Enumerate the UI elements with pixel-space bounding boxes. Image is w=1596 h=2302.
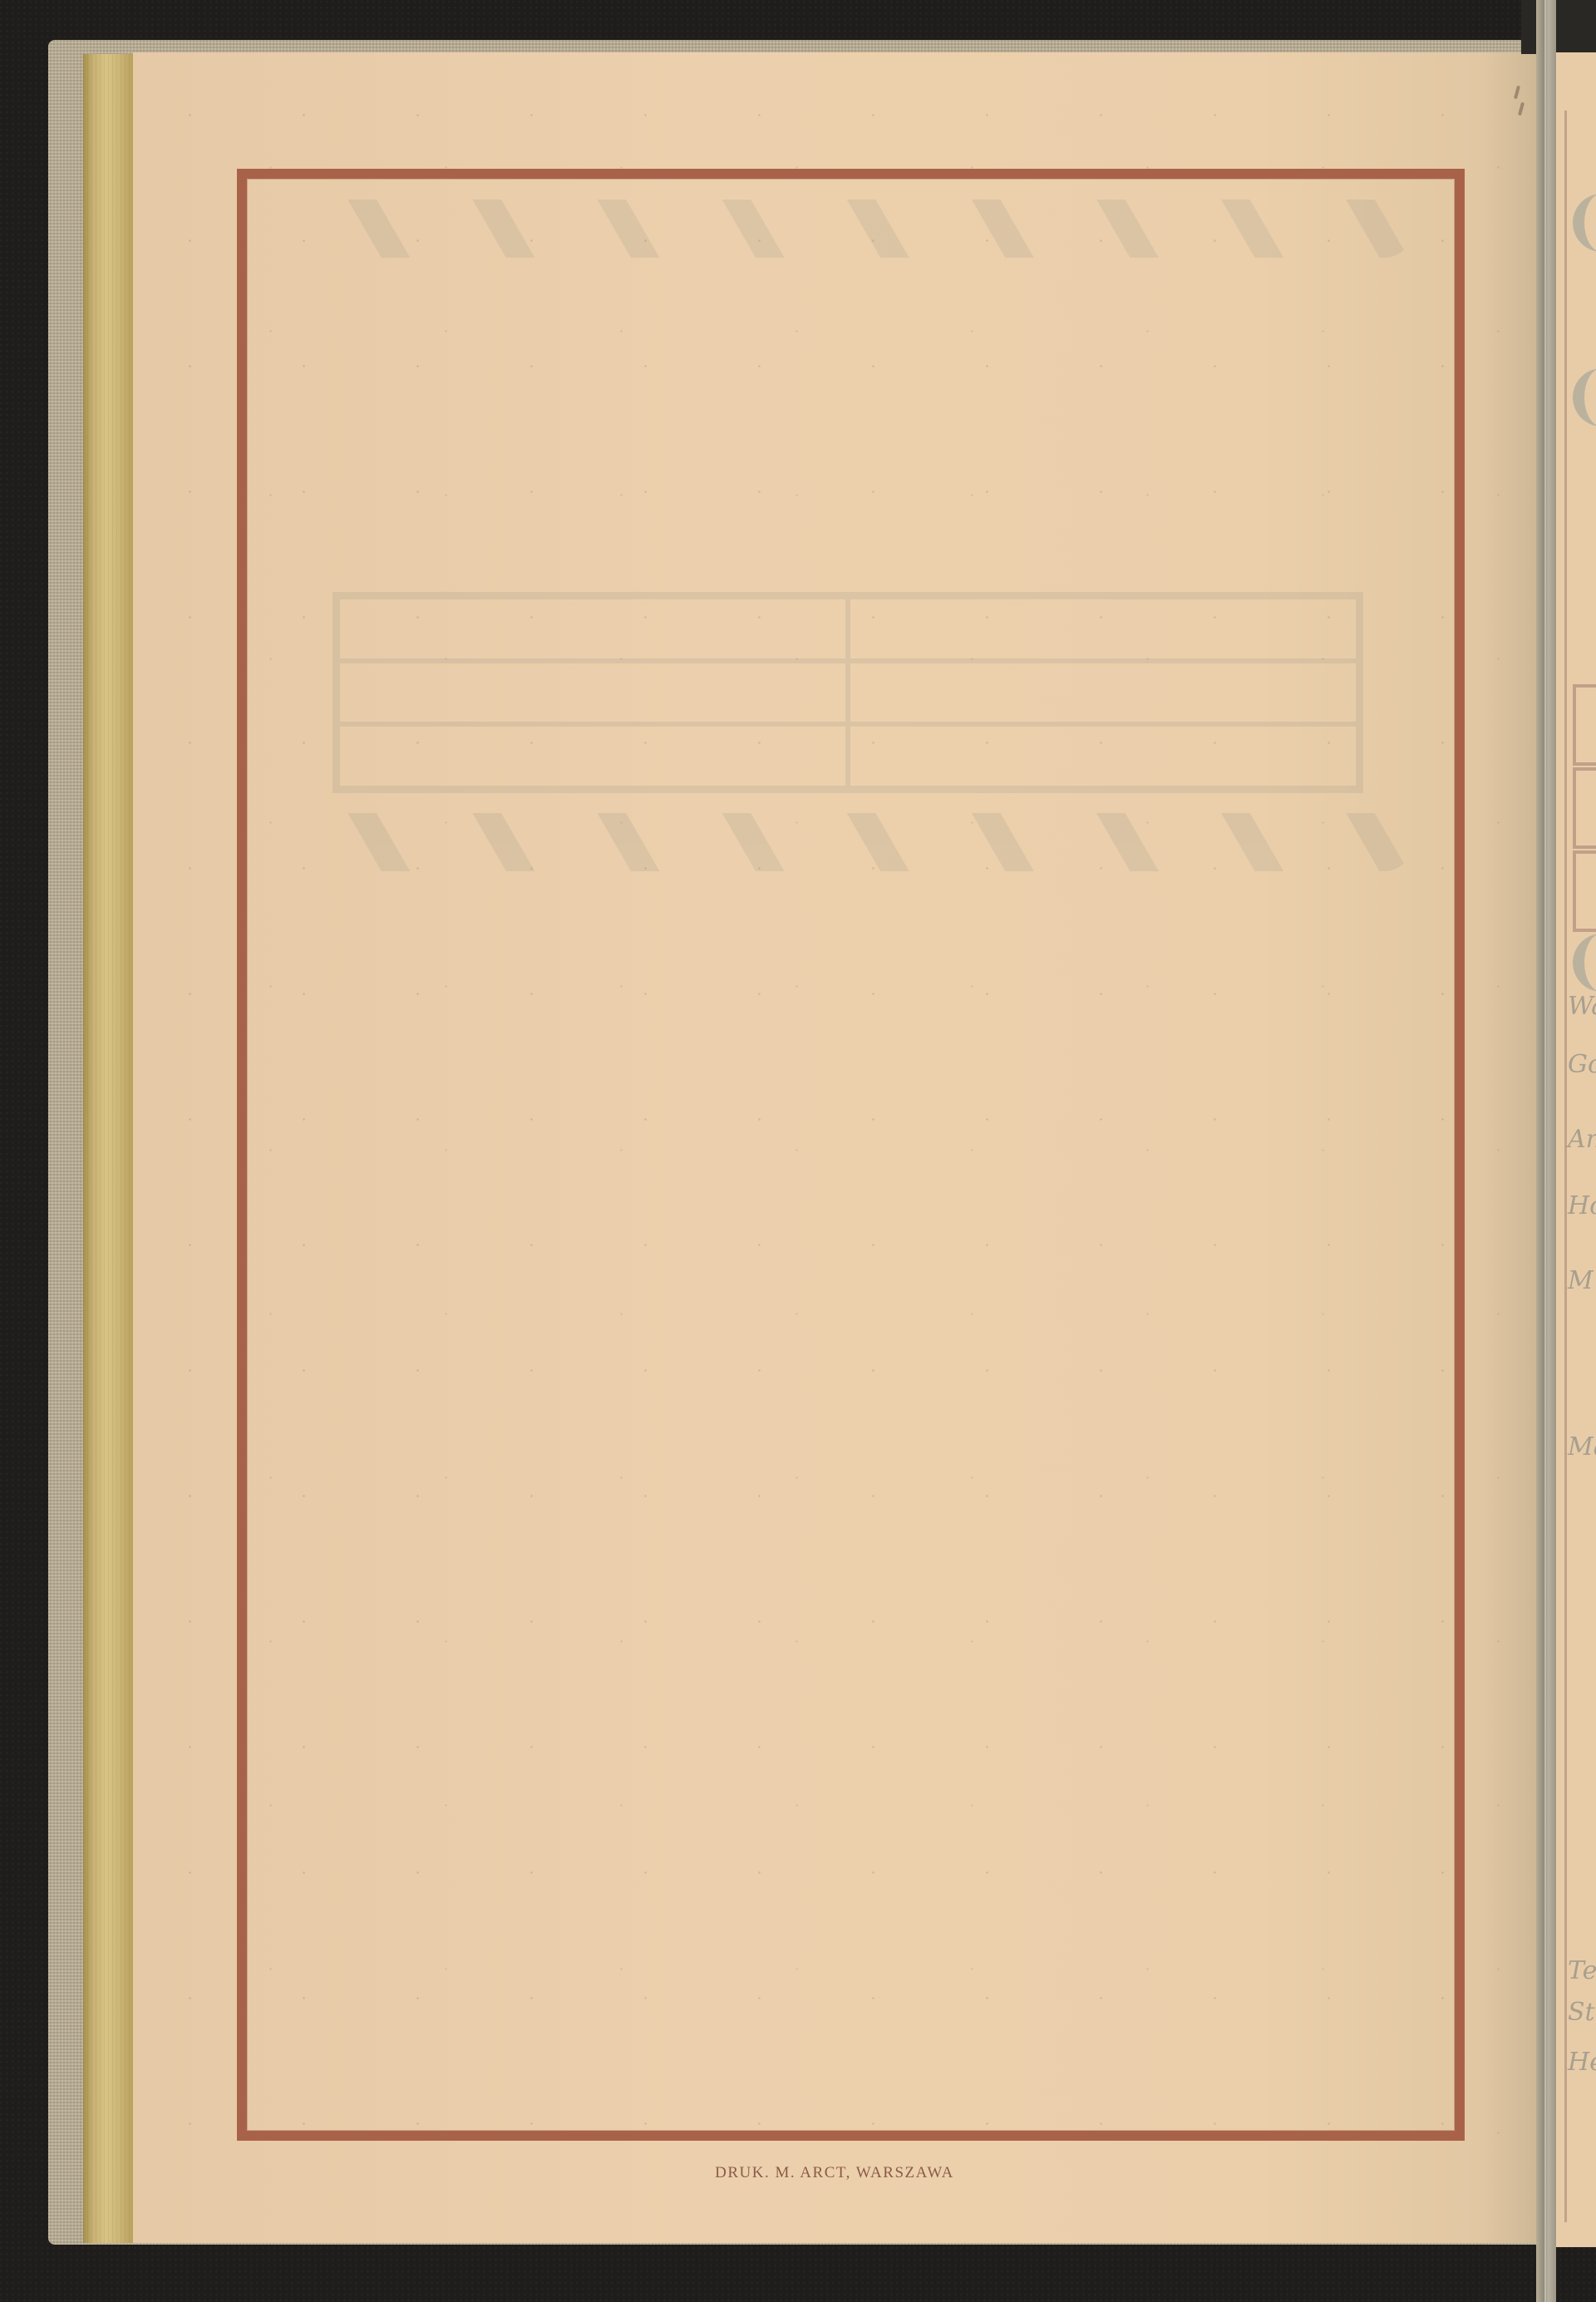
handwriting-fragment: Gor: [1568, 1050, 1596, 1079]
page-border-frame: [237, 169, 1465, 2141]
scanner-shadow: [1521, 0, 1596, 54]
facing-table-cell: [1573, 684, 1596, 766]
facing-page-edge: Wa Gor An Ho M Ma Te Ste Hele: [1556, 52, 1596, 2247]
facing-ornament: [1573, 194, 1596, 252]
facing-table-cell: [1573, 767, 1596, 849]
facing-table-cell: [1573, 850, 1596, 932]
pencil-mark: [1514, 86, 1520, 99]
facing-ornament: [1573, 368, 1596, 426]
facing-page-rule: [1564, 111, 1567, 2222]
handwriting-fragment: Te: [1568, 1956, 1596, 1985]
pencil-mark: [1518, 102, 1525, 116]
gilt-page-edges: [83, 54, 135, 2243]
book-gutter: [1536, 0, 1556, 2302]
handwriting-fragment: Hele: [1568, 2048, 1596, 2077]
facing-ornament: [1573, 934, 1596, 992]
handwriting-fragment: An: [1568, 1125, 1596, 1154]
handwriting-fragment: Ste: [1568, 1998, 1596, 2027]
printer-imprint: DRUK. M. ARCT, WARSZAWA: [133, 2164, 1536, 2182]
handwriting-fragment: Ho: [1568, 1191, 1596, 1220]
handwriting-fragment: M: [1568, 1266, 1594, 1295]
handwriting-fragment: Ma: [1568, 1432, 1596, 1462]
handwriting-fragment: Wa: [1568, 992, 1596, 1021]
